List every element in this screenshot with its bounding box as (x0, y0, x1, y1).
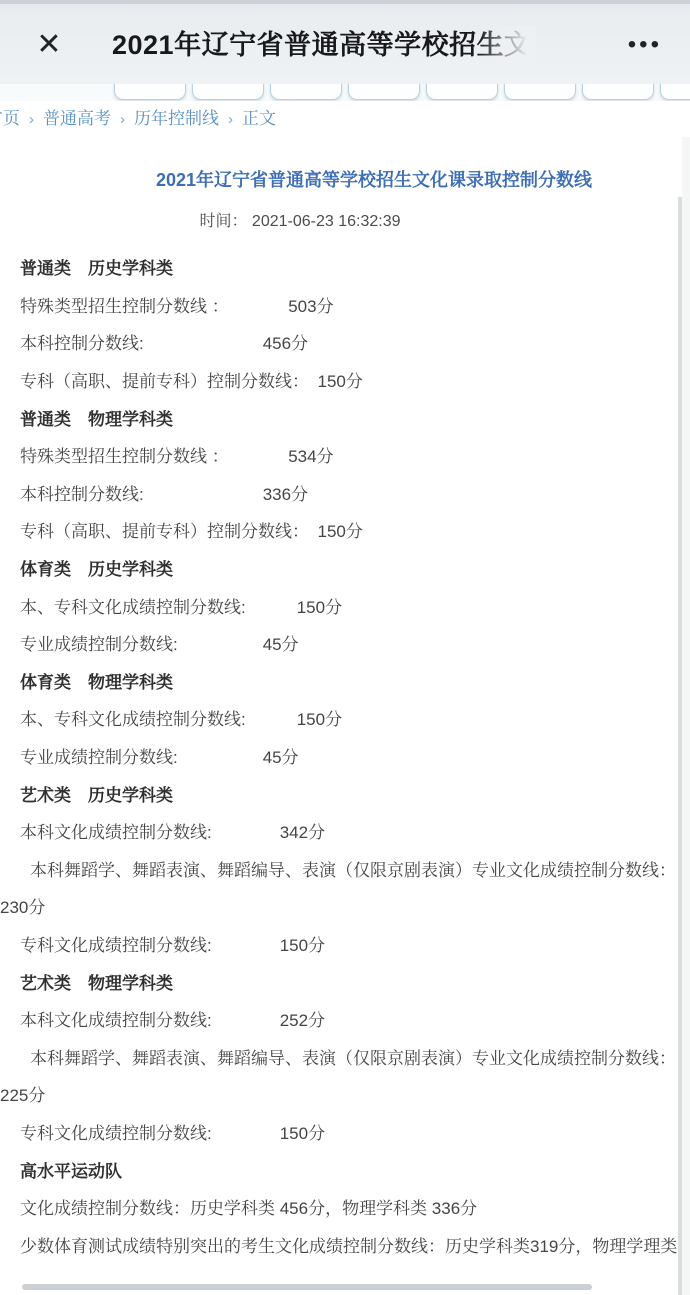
score-line: 本科控制分数线: 456分 (0, 323, 690, 361)
article: 2021年辽宁省普通高等学校招生文化课录取控制分数线 时间： 2021-06-2… (0, 137, 690, 1263)
score-line: 少数体育测试成绩特别突出的考生文化成绩控制分数线：历史学科类319分，物理学理类 (0, 1225, 690, 1263)
score-line: 文化成绩控制分数线：历史学科类 456分，物理学科类 336分 (0, 1188, 690, 1226)
score-line: 本科舞蹈学、舞蹈表演、舞蹈编导、表演（仅限京剧表演）专业文化成绩控制分数线： (0, 1037, 690, 1075)
nav-tabstrip (0, 84, 690, 101)
score-line: 专科文化成绩控制分数线: 150分 (0, 925, 690, 963)
score-line: 230分 (0, 887, 690, 925)
score-line: 本科文化成绩控制分数线: 342分 (0, 812, 690, 850)
nav-tab[interactable] (504, 84, 576, 100)
page-title-clip: 2021年辽宁省普通高等学校招生文化课录取控制分数线 (112, 26, 536, 64)
section-heading: 普通类 物理学科类 (0, 398, 690, 436)
score-line: 专科文化成绩控制分数线: 150分 (0, 1113, 690, 1151)
title-fade-overlay (478, 26, 536, 64)
score-line: 专科（高职、提前专科）控制分数线： 150分 (0, 511, 690, 549)
score-line: 225分 (0, 1075, 690, 1113)
nav-tab[interactable] (270, 84, 342, 100)
nav-tab[interactable] (660, 84, 690, 100)
nav-tab[interactable] (348, 84, 420, 100)
score-line: 本科舞蹈学、舞蹈表演、舞蹈编导、表演（仅限京剧表演）专业文化成绩控制分数线： (0, 850, 690, 888)
section-heading: 艺术类 物理学科类 (0, 962, 690, 1000)
score-line: 特殊类型招生控制分数线 ： 534分 (0, 436, 690, 474)
section-heading: 高水平运动队 (0, 1150, 690, 1188)
article-timestamp: 时间： 2021-06-23 16:32:39 (0, 211, 600, 233)
breadcrumb-bar: 首页›普通高考›历年控制线›正文 (0, 101, 690, 138)
breadcrumb-item[interactable]: 首页 (0, 109, 20, 128)
nav-tab[interactable] (582, 84, 654, 100)
more-menu-icon[interactable]: ••• (628, 30, 662, 60)
score-line: 本、专科文化成绩控制分数线: 150分 (0, 699, 690, 737)
breadcrumb-separator: › (228, 111, 233, 128)
section-heading: 体育类 物理学科类 (0, 662, 690, 700)
horizontal-scrollbar[interactable] (22, 1284, 592, 1290)
close-icon[interactable]: ✕ (32, 28, 66, 62)
section-heading: 体育类 历史学科类 (0, 549, 690, 587)
nav-tab[interactable] (114, 84, 186, 100)
article-body: 普通类 历史学科类特殊类型招生控制分数线 ： 503分本科控制分数线: 456分… (0, 248, 690, 1263)
score-line: 专业成绩控制分数线: 45分 (0, 624, 690, 662)
breadcrumb-separator: › (120, 111, 125, 128)
breadcrumb-item[interactable]: 正文 (242, 109, 276, 128)
article-title: 2021年辽宁省普通高等学校招生文化课录取控制分数线 (0, 167, 690, 193)
score-line: 专业成绩控制分数线: 45分 (0, 737, 690, 775)
breadcrumb-item[interactable]: 历年控制线 (134, 109, 219, 128)
section-heading: 艺术类 历史学科类 (0, 774, 690, 812)
app-header: ✕ 2021年辽宁省普通高等学校招生文化课录取控制分数线 ••• (0, 0, 690, 84)
breadcrumb: 首页›普通高考›历年控制线›正文 (0, 107, 276, 132)
breadcrumb-separator: › (29, 111, 34, 128)
breadcrumb-item[interactable]: 普通高考 (43, 109, 111, 128)
score-line: 本科文化成绩控制分数线: 252分 (0, 1000, 690, 1038)
score-line: 本科控制分数线: 336分 (0, 474, 690, 512)
nav-tab[interactable] (192, 84, 264, 100)
page-title: 2021年辽宁省普通高等学校招生文化课录取控制分数线 (112, 30, 536, 60)
section-heading: 普通类 历史学科类 (0, 248, 690, 286)
score-line: 特殊类型招生控制分数线 ： 503分 (0, 286, 690, 324)
status-strip (0, 0, 690, 4)
nav-tabs (114, 84, 690, 100)
nav-tab[interactable] (426, 84, 498, 100)
score-line: 本、专科文化成绩控制分数线: 150分 (0, 586, 690, 624)
score-line: 专科（高职、提前专科）控制分数线： 150分 (0, 361, 690, 399)
